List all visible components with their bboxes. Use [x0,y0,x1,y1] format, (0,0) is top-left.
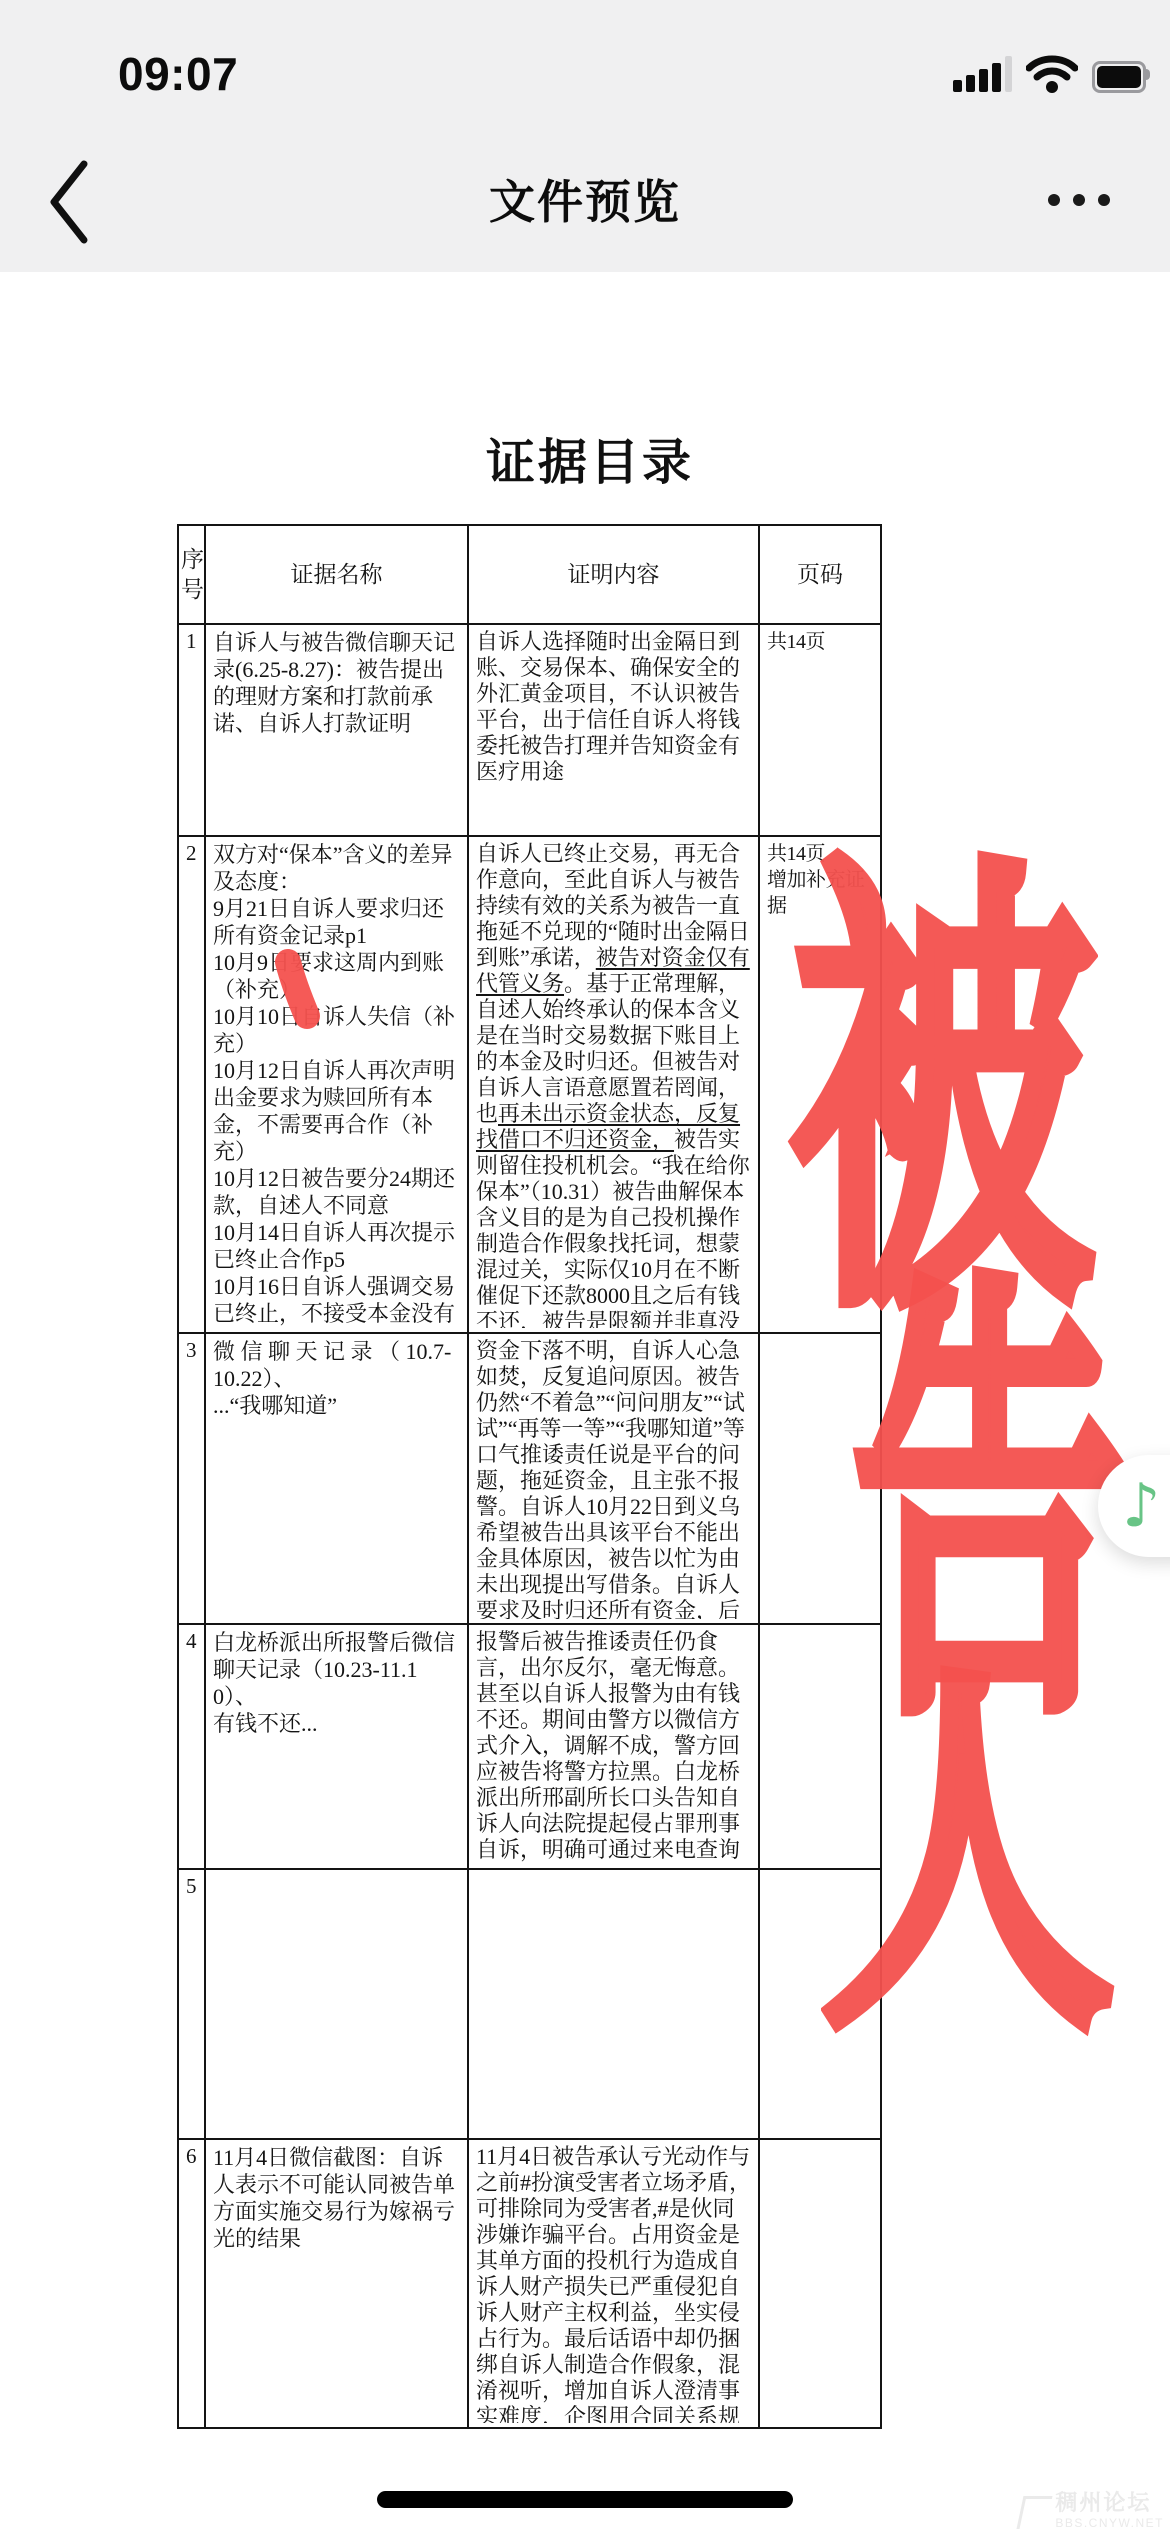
cell-page: 共14页 [767,629,873,655]
battery-icon [1092,61,1150,89]
more-button[interactable] [1024,160,1134,240]
status-icons [953,55,1150,95]
cell-seq: 6 [186,2144,197,2169]
watermark-title: 稠州论坛 [1055,2492,1164,2514]
evidence-table-body: 1自诉人与被告微信聊天记录(6.25-8.27)：被告提出的理财方案和打款前承诺… [178,624,881,2428]
cell-seq: 3 [186,1338,197,1363]
watermark-url: BBS.CNYW.NET [1055,2517,1164,2529]
watermark: 稠州论坛 BBS.CNYW.NET [1020,2492,1164,2529]
nav-bar: 文件预览 [0,130,1170,272]
cell-seq: 1 [186,629,197,654]
cell-evidence-name: 11月4日微信截图：自诉人表示不可能认同被告单方面实施交易行为嫁祸亏光的结果 [213,2144,460,2252]
header-proof-content: 证明内容 [468,525,759,624]
cell-evidence-name: 自诉人与被告微信聊天记录(6.25-8.27)：被告提出的理财方案和打款前承诺、… [213,629,460,737]
table-header-row: 序 号 证据名称 证明内容 页码 [178,525,881,624]
page-title: 文件预览 [0,166,1170,232]
watermark-logo [1017,2496,1053,2529]
cell-page: 共14页 增加补充证据 [767,841,873,919]
cell-proof-content: 报警后被告推诿责任仍食言，出尔反尔，毫无悔意。甚至以自诉人报警为由有钱不还。期间… [476,1629,751,1864]
cell-proof-content: 自诉人选择随时出金隔日到账、交易保本、确保安全的外汇黄金项目，不认识被告平台，出… [476,629,751,785]
cell-seq: 2 [186,841,197,866]
cellular-signal-icon [953,58,1012,92]
table-row: 4白龙桥派出所报警后微信聊天记录（10.23-11.10）、 有钱不还...报警… [178,1624,881,1869]
header-seq: 序 号 [178,525,205,624]
ellipsis-icon [1048,194,1060,206]
cell-seq: 4 [186,1629,197,1654]
top-chrome: 09:07 文件预览 [0,0,1170,272]
music-note-icon: ♪ [1122,1471,1160,1541]
table-row: 611月4日微信截图：自诉人表示不可能认同被告单方面实施交易行为嫁祸亏光的结果1… [178,2139,881,2428]
evidence-table: 序 号 证据名称 证明内容 页码 1自诉人与被告微信聊天记录(6.25-8.27… [177,524,882,2429]
status-bar: 09:07 [0,0,1170,130]
header-page: 页码 [759,525,881,624]
cell-evidence-name: 双方对“保本”含义的差异及态度： 9月21日自诉人要求归还所有资金记录p1 10… [213,841,460,1328]
table-row: 2双方对“保本”含义的差异及态度： 9月21日自诉人要求归还所有资金记录p1 1… [178,836,881,1333]
home-indicator[interactable] [377,2491,793,2508]
cell-evidence-name: 白龙桥派出所报警后微信聊天记录（10.23-11.10）、 有钱不还... [213,1629,460,1737]
table-row: 5 [178,1869,881,2139]
clock: 09:07 [118,47,238,101]
cell-proof-content: 自诉人已终止交易，再无合作意向，至此自诉人与被告持续有效的关系为被告一直拖延不兑… [476,841,751,1328]
table-row: 3微 信 聊 天 记 录 （ 10.7- 10.22）、 ...“我哪知道”资金… [178,1333,881,1624]
document-preview[interactable]: 证据目录 序 号 证据名称 证明内容 页码 1自诉人与被告微信聊天记录(6.25… [0,272,1170,2532]
document-title: 证据目录 [0,424,1170,494]
cell-proof-content: 资金下落不明，自诉人心急如焚，反复追问原因。被告仍然“不着急”“问问朋友”“试试… [476,1338,751,1619]
cell-evidence-name: 微 信 聊 天 记 录 （ 10.7- 10.22）、 ...“我哪知道” [213,1338,460,1419]
table-row: 1自诉人与被告微信聊天记录(6.25-8.27)：被告提出的理财方案和打款前承诺… [178,624,881,836]
header-evidence-name: 证据名称 [205,525,468,624]
cell-proof-content: 11月4日被告承认亏光动作与之前#扮演受害者立场矛盾，可排除同为受害者,#是伙同… [476,2144,751,2423]
wifi-icon [1026,55,1078,95]
cell-seq: 5 [186,1874,197,1899]
